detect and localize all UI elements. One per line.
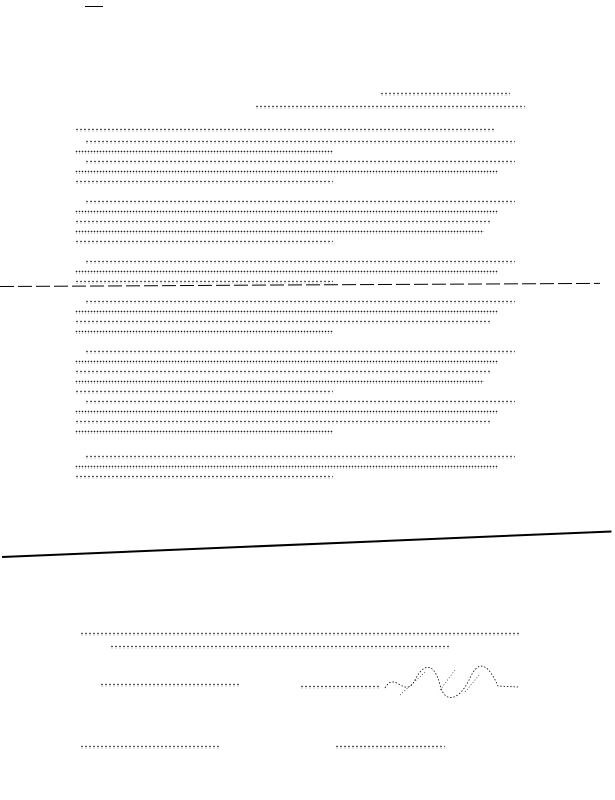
- footer-right: [335, 745, 445, 749]
- body-text-line: [85, 200, 515, 204]
- body-text-line: [75, 170, 498, 174]
- body-text-line: [85, 260, 515, 264]
- body-text-line: [75, 370, 491, 374]
- body-text-line: [85, 400, 515, 404]
- body-text-line: [75, 475, 333, 479]
- closing-line: [300, 685, 380, 689]
- body-text-line: [75, 330, 333, 334]
- body-text-line: [75, 465, 498, 469]
- body-text-line: [75, 390, 333, 394]
- scanned-document-page: All text in the scan is rendered as spar…: [0, 0, 615, 800]
- body-text-line: [85, 300, 515, 304]
- body-text-line: [75, 270, 498, 274]
- body-text-line: [85, 350, 515, 354]
- body-text-line: [75, 320, 491, 324]
- body-text-line: [75, 220, 491, 224]
- header-line: [255, 105, 525, 109]
- footer-left: [80, 745, 220, 749]
- body-text-line: [75, 380, 484, 384]
- body-text-line: [85, 160, 515, 164]
- body-text-line: [75, 240, 333, 244]
- body-text-line: [75, 210, 498, 214]
- body-text-line: [75, 420, 491, 424]
- body-text-line: [85, 455, 515, 459]
- signature: [380, 660, 520, 705]
- closing-line: [80, 632, 520, 636]
- closing-line: [100, 683, 240, 687]
- body-text-line: [75, 230, 484, 234]
- header-line: [380, 92, 510, 96]
- body-text-line: [75, 310, 498, 314]
- closing-line: [110, 645, 450, 649]
- body-text-line: [75, 410, 498, 414]
- body-text-line: [75, 180, 333, 184]
- body-text-line: [75, 360, 498, 364]
- body-text-line: [75, 430, 333, 434]
- body-text-line: [85, 140, 515, 144]
- horizontal-rule: [2, 530, 612, 557]
- header-line: [75, 128, 495, 132]
- body-text-line: [75, 280, 333, 284]
- body-text-line: [75, 150, 333, 154]
- stray-mark: [85, 6, 103, 7]
